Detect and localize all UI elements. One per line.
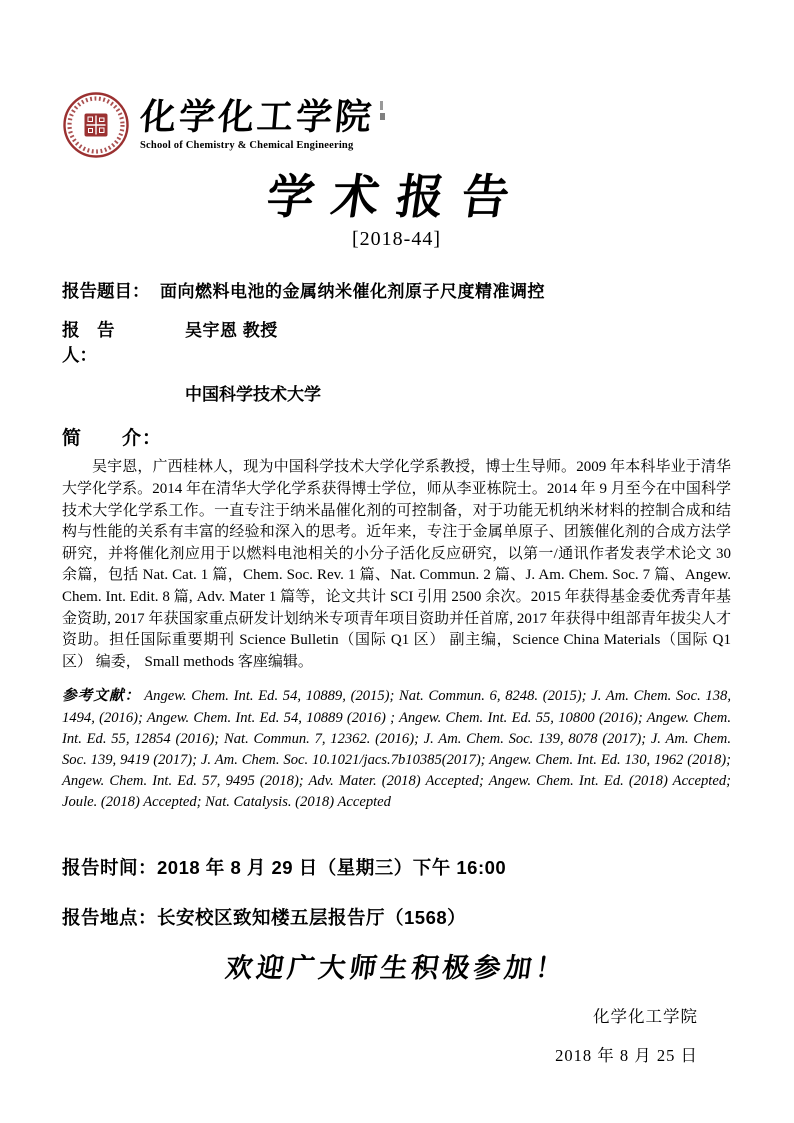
references-label: 参考文献： [62, 687, 140, 704]
signature-org: 化学化工学院 [62, 1003, 698, 1027]
place-row: 报告地点：长安校区致知楼五层报告厅（1568） [62, 904, 731, 930]
welcome-message: 欢迎广大师生积极参加！ [223, 946, 569, 985]
report-info: 报告题目： 面向燃料电池的金属纳米催化剂原子尺度精准调控 报 告 人： 吴宇恩 … [62, 277, 731, 405]
time-row: 报告时间：2018 年 8 月 29 日（星期三）下午 16:00 [62, 854, 731, 880]
college-logo: 化学化工学院 School of Chemistry & Chemical En… [62, 90, 731, 160]
time-label: 报告时间： [62, 857, 157, 878]
bio-paragraph: 吴宇恩，广西桂林人，现为中国科学技术大学化学系教授，博士生导师。2009 年本科… [62, 457, 731, 673]
college-name-en: School of Chemistry & Chemical Engineeri… [140, 140, 385, 151]
college-name-cn: 化学化工学院 [138, 99, 375, 137]
topic-label: 报告题目： [62, 278, 160, 303]
issue-number: [2018-44] [352, 228, 441, 250]
college-logo-text: 化学化工学院 School of Chemistry & Chemical En… [140, 99, 385, 151]
signature-date: 2018 年 8 月 25 日 [62, 1042, 698, 1066]
speaker-value: 吴宇恩 教授 [185, 316, 278, 341]
calligraphy-signature-mark [380, 101, 385, 120]
references-paragraph: 参考文献：Angew. Chem. Int. Ed. 54, 10889, (2… [62, 685, 731, 813]
topic-row: 报告题目： 面向燃料电池的金属纳米催化剂原子尺度精准调控 [62, 277, 731, 303]
speaker-affiliation: 中国科学技术大学 [185, 380, 731, 405]
signature-block: 化学化工学院 2018 年 8 月 25 日 [62, 1003, 731, 1066]
bio-heading: 简 介： [62, 423, 731, 450]
references-text: Angew. Chem. Int. Ed. 54, 10889, (2015);… [62, 688, 731, 810]
place-value: 长安校区致知楼五层报告厅（1568） [157, 907, 466, 928]
speaker-row: 报 告 人： 吴宇恩 教授 [62, 316, 731, 367]
topic-value: 面向燃料电池的金属纳米催化剂原子尺度精准调控 [160, 277, 545, 302]
speaker-label: 报 告 人： [62, 317, 160, 367]
document-page: 化学化工学院 School of Chemistry & Chemical En… [0, 0, 794, 1123]
document-title: 学术报告 [263, 170, 530, 226]
time-value: 2018 年 8 月 29 日（星期三）下午 16:00 [157, 857, 506, 878]
college-seal-icon [62, 91, 130, 159]
place-label: 报告地点： [62, 907, 157, 928]
